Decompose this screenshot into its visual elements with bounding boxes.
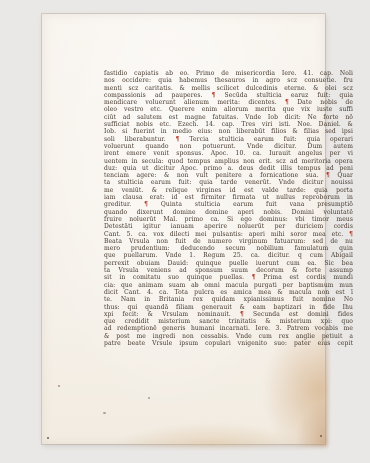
text-line: iam clausa erat: id est firmiter firmata…	[104, 194, 353, 201]
text-line: perrexit obuiam Dauid: quinque puelle iu…	[104, 260, 353, 267]
stain-bottom-edge	[117, 423, 307, 447]
text-line: mero prudentium: deducendo secum nobiliu…	[104, 245, 353, 252]
text-line: thus: qui quandā filiam generauit & eam …	[104, 304, 353, 311]
book-leaf: fastidio capiatis ab eo. Primo de miseri…	[42, 14, 325, 444]
text-line: ta stulticia earum fuit: quia tarde vene…	[104, 179, 353, 186]
text-line: que credidit misterium sancte trinitatis…	[104, 318, 353, 325]
pilcrow-mark: ¶	[349, 231, 353, 238]
pinhole-mark	[47, 437, 49, 439]
text-line: Beata Vrsula non fuit de numero virginum…	[104, 238, 353, 245]
text-line: sufficiat nobis etc. Ezech. 14. cap. Tre…	[104, 121, 353, 128]
text-line: patre beate Vrsule ipsum copulari vnigen…	[104, 340, 353, 347]
text-line: dicit Cant. 4. ca. Tota pulcra es amica …	[104, 289, 353, 296]
text-line: ciūt ad salutem est magne fatuitas. Vnde…	[104, 114, 353, 121]
text-line: fruire noluerūt Mal. primo ca. Si ego do…	[104, 216, 353, 223]
text-line: cia: que animam suam ab omni macula purg…	[104, 282, 353, 289]
pinhole-mark	[320, 435, 322, 437]
photo-background: fastidio capiatis ab eo. Primo de miseri…	[0, 0, 370, 463]
text-line: quando dixerunt domine domine aperi nobi…	[104, 209, 353, 216]
text-line: nos occidere: quia habemus thesauros in …	[104, 77, 353, 84]
text-line: fastidio capiatis ab eo. Primo de miseri…	[104, 70, 353, 77]
text-line: mendicare voluerunt alienum merita: dice…	[104, 99, 353, 106]
foxing-speck	[196, 284, 198, 286]
text-line: menti scz caritatis. & mellis scilicet d…	[104, 85, 353, 92]
text-line: te. Nam in Britania rex quidam xpianissi…	[104, 296, 353, 303]
foxing-speck	[148, 397, 150, 399]
text-line: me veniūt. & relique virgines id est val…	[104, 187, 353, 194]
foxing-speck	[58, 385, 60, 387]
text-line: tenciam agere: & non vult penitere a for…	[104, 172, 353, 179]
text-line: Cant. 5. ca. vox dilecti mei pulsantis: …	[104, 231, 353, 238]
text-line: Iob. si fuerint in medio eius: non liber…	[104, 128, 353, 135]
foxing-speck	[103, 412, 106, 414]
text-line: Detestāti igitur ianuam aperire noluerūt…	[104, 223, 353, 230]
text-line: irent emere venit sponsus. Apoc. 10. ca.…	[104, 150, 353, 157]
text-line: sit in comitatu suo quinque puellas. ¶ P…	[104, 274, 353, 281]
text-line: compassionis ad pauperes. ¶ Secūda stult…	[104, 92, 353, 99]
text-line: que puellarum. Vnde 1. Regum 25. ca. dic…	[104, 252, 353, 259]
text-line: & post me ingredi non cessabis. Vnde cum…	[104, 333, 353, 340]
text-line: oleo vestro etc. Querere enim aliorum me…	[104, 106, 353, 113]
text-block: fastidio capiatis ab eo. Primo de miseri…	[104, 70, 353, 347]
text-line: voluerunt quando non potuerunt. Vnde dic…	[104, 143, 353, 150]
text-line: soli liberabuntur. ¶ Tercia stulticia ea…	[104, 136, 353, 143]
text-line: duz: quia ut dicitur Apoc. primo a. deus…	[104, 165, 353, 172]
text-line: uentem in secula: quod tempus amplius no…	[104, 158, 353, 165]
text-line: ad redemptionē generis humani incarnati.…	[104, 325, 353, 332]
text-line: xpi fecit: & Vrsulam nominauit. ¶ Secund…	[104, 311, 353, 318]
text-line: greditur. ¶ Quinta stulticia earum fuit …	[104, 201, 353, 208]
stain-bottom-right-corner	[297, 404, 327, 446]
text-line: ta Vrsula veniens ad sponsum suum decoru…	[104, 267, 353, 274]
